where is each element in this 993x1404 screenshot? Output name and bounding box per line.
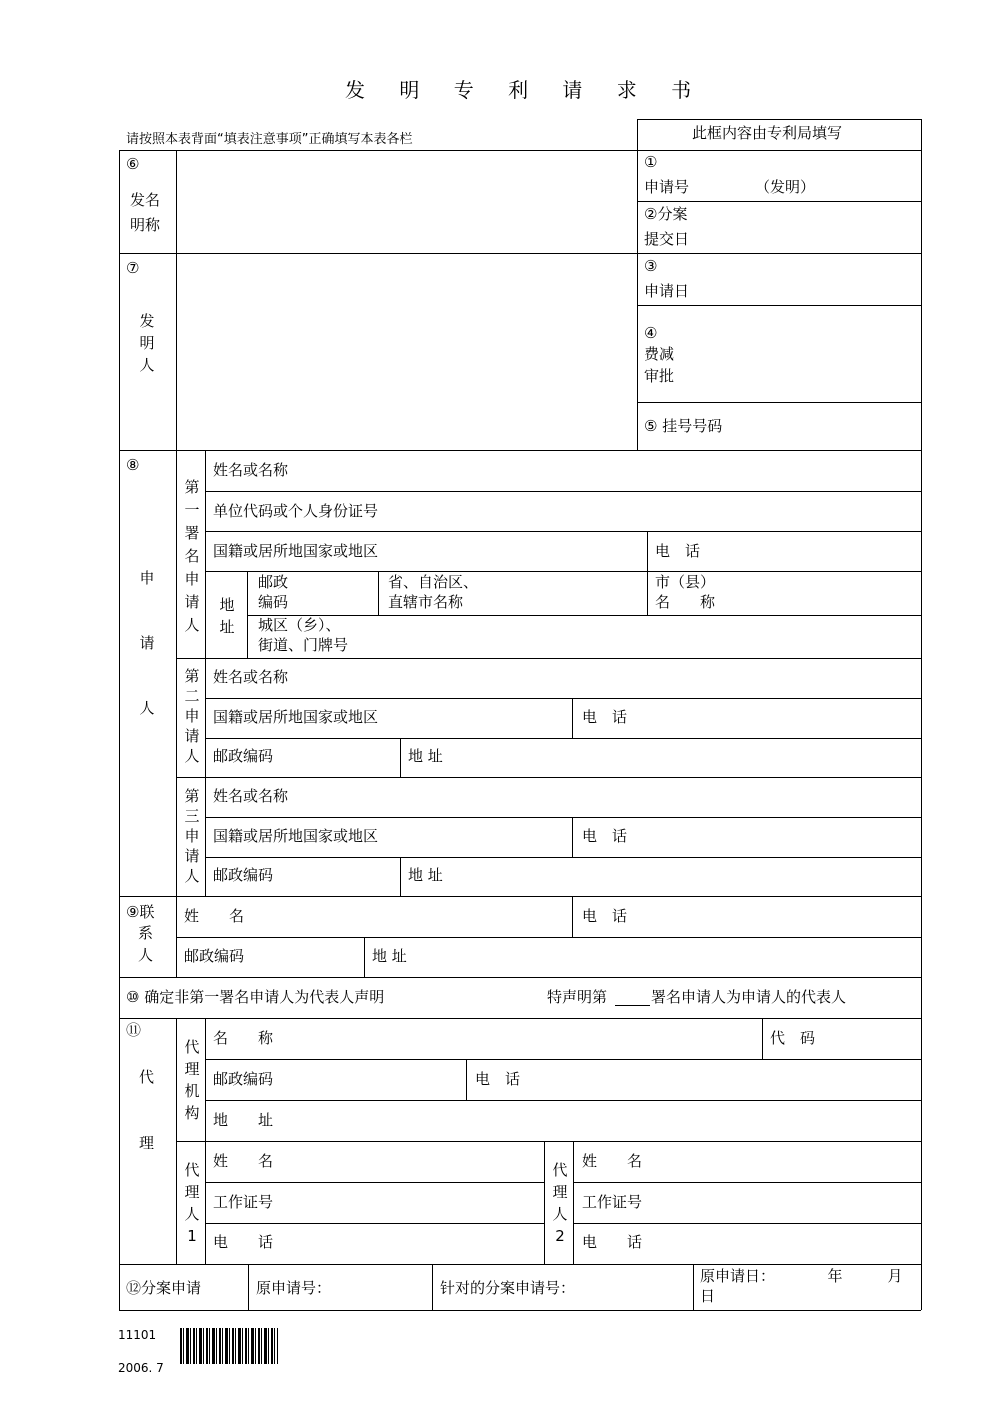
second-applicant-name[interactable]: 姓名或名称 <box>213 667 288 688</box>
agency-name[interactable]: 名 称 <box>213 1028 273 1049</box>
agency-address[interactable]: 地 址 <box>213 1110 273 1131</box>
filing-date-label: 申请日 <box>644 281 689 302</box>
agent1-label: 代理人1 <box>182 1159 202 1247</box>
third-applicant-name[interactable]: 姓名或名称 <box>213 786 288 807</box>
application-number-label: 申请号 <box>644 177 689 198</box>
office-box-header: 此框内容由专利局填写 <box>692 123 842 144</box>
fee-reduction-label-2: 审批 <box>644 366 674 387</box>
postcode-label-2[interactable]: 编码 <box>258 592 288 613</box>
field-1-number: ① <box>644 152 657 173</box>
province-label-2[interactable]: 直辖市名称 <box>388 592 463 613</box>
contact-name[interactable]: 姓 名 <box>184 906 244 927</box>
street-label-2[interactable]: 街道、门牌号 <box>258 635 348 656</box>
form-code: 11101 <box>118 1325 156 1346</box>
applicant-label: 申请人 <box>137 546 157 741</box>
agency-postcode[interactable]: 邮政编码 <box>213 1069 273 1090</box>
agent1-name[interactable]: 姓 名 <box>213 1151 273 1172</box>
field-3-number: ③ <box>644 256 657 277</box>
agent2-name[interactable]: 姓 名 <box>582 1151 642 1172</box>
agency-phone[interactable]: 电 话 <box>475 1069 520 1090</box>
postcode-label-1[interactable]: 邮政 <box>258 572 288 593</box>
street-label-1[interactable]: 城区（乡）、 <box>258 615 341 636</box>
representative-statement-pre: 特声明第 <box>547 987 607 1008</box>
field-4-number: ④ <box>644 323 657 344</box>
agency-org-label: 代理机构 <box>182 1036 202 1124</box>
registered-mail-label: ⑤ 挂号号码 <box>644 416 722 437</box>
first-applicant-id[interactable]: 单位代码或个人身份证号 <box>213 501 378 522</box>
third-applicant-label: 第三申请人 <box>182 786 202 886</box>
second-applicant-address[interactable]: 地 址 <box>408 746 443 767</box>
agent2-label: 代理人2 <box>550 1159 570 1247</box>
field-11-number: ⑪ <box>126 1020 141 1041</box>
representative-label: ⑩ 确定非第一署名申请人为代表人声明 <box>126 987 384 1008</box>
second-applicant-label: 第二申请人 <box>182 666 202 766</box>
first-applicant-nationality[interactable]: 国籍或居所地国家或地区 <box>213 541 378 562</box>
first-applicant-name[interactable]: 姓名或名称 <box>213 460 288 481</box>
agent1-phone[interactable]: 电 话 <box>213 1232 273 1253</box>
representative-statement-post: 署名申请人为申请人的代表人 <box>651 987 846 1008</box>
form-version: 2006. 7 <box>118 1358 164 1379</box>
barcode <box>180 1328 278 1364</box>
invention-name-input[interactable] <box>178 152 635 251</box>
divisional-submit-label-2: 提交日 <box>644 229 689 250</box>
divisional-label: ⑫分案申请 <box>126 1278 201 1299</box>
third-applicant-nationality[interactable]: 国籍或居所地国家或地区 <box>213 826 378 847</box>
application-type: （发明） <box>755 177 815 198</box>
page-title: 发 明 专 利 请 求 书 <box>345 74 705 103</box>
contact-label-2: 系 <box>138 923 153 944</box>
contact-postcode[interactable]: 邮政编码 <box>184 946 244 967</box>
invention-name-label-2: 明称 <box>130 215 160 236</box>
inventor-label: 发明人 <box>137 310 157 376</box>
contact-address[interactable]: 地 址 <box>372 946 407 967</box>
field-7-number: ⑦ <box>126 258 139 279</box>
fee-reduction-label-1: 费减 <box>644 344 674 365</box>
third-applicant-postcode[interactable]: 邮政编码 <box>213 865 273 886</box>
instruction-text: 请按照本表背面“填表注意事项”正确填写本表各栏 <box>126 129 412 150</box>
original-application-number[interactable]: 原申请号： <box>256 1278 331 1299</box>
second-applicant-postcode[interactable]: 邮政编码 <box>213 746 273 767</box>
first-applicant-label: 第一署名申请人 <box>182 476 202 637</box>
agency-label-2: 理 <box>139 1133 154 1154</box>
field-6-number: ⑥ <box>126 154 139 175</box>
province-label-1[interactable]: 省、自治区、 <box>388 572 478 593</box>
city-label-2[interactable]: 名 称 <box>655 592 715 613</box>
agent2-cert[interactable]: 工作证号 <box>582 1192 642 1213</box>
first-applicant-phone[interactable]: 电 话 <box>655 541 700 562</box>
original-filing-date[interactable]: 原申请日： 年 月 <box>700 1266 903 1287</box>
third-applicant-phone[interactable]: 电 话 <box>582 826 627 847</box>
agent2-phone[interactable]: 电 话 <box>582 1232 642 1253</box>
second-applicant-phone[interactable]: 电 话 <box>582 707 627 728</box>
third-applicant-address[interactable]: 地 址 <box>408 865 443 886</box>
contact-label-3: 人 <box>138 945 153 966</box>
agency-code[interactable]: 代 码 <box>770 1028 815 1049</box>
invention-name-label-1: 发名 <box>130 190 160 211</box>
city-label-1[interactable]: 市（县） <box>655 572 715 593</box>
agent1-cert[interactable]: 工作证号 <box>213 1192 273 1213</box>
contact-phone[interactable]: 电 话 <box>582 906 627 927</box>
target-divisional-number[interactable]: 针对的分案申请号： <box>440 1278 575 1299</box>
first-applicant-address-label: 地址 <box>217 594 237 638</box>
inventor-input[interactable] <box>178 255 635 448</box>
divisional-submit-label-1: ②分案 <box>644 204 687 225</box>
agency-label-1: 代 <box>139 1067 154 1088</box>
field-8-number: ⑧ <box>126 455 139 476</box>
second-applicant-nationality[interactable]: 国籍或居所地国家或地区 <box>213 707 378 728</box>
contact-label-1: ⑨联 <box>126 902 154 923</box>
original-filing-date-day: 日 <box>700 1286 715 1307</box>
representative-number-blank[interactable] <box>615 1005 650 1006</box>
